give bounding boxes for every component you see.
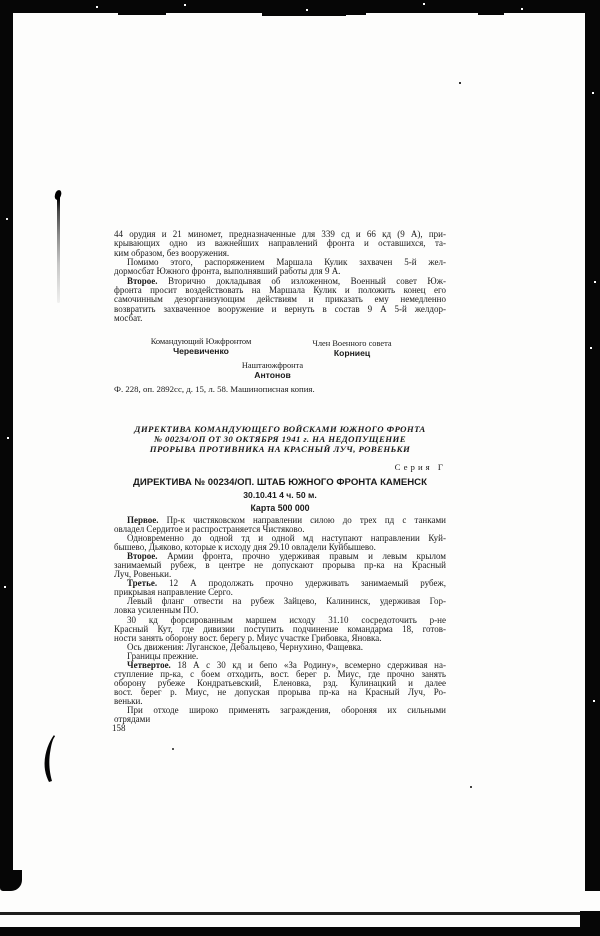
scan-border-bottom-right xyxy=(580,911,600,936)
scan-border-right xyxy=(585,0,600,891)
scan-noise-black xyxy=(0,0,2,2)
signature-title: Командующий Южфронтом xyxy=(136,337,266,346)
scanned-book-page: 44 орудия и 21 миномет, предназначенные … xyxy=(0,0,600,936)
signature-title: Наштаюжфронта xyxy=(225,361,320,370)
heading-line: ДИРЕКТИВА КОМАНДУЮЩЕГО ВОЙСКАМИ ЮЖНОГО Ф… xyxy=(114,424,446,434)
text-line: мосбат. xyxy=(114,314,446,323)
directive-body-text: Первое. Пр-к чистяковском направлении си… xyxy=(114,516,446,724)
directive-datetime: 30.10.41 4 ч. 50 м. xyxy=(114,490,446,500)
map-scale-line: Карта 500 000 xyxy=(114,503,446,513)
scan-border-left xyxy=(0,0,13,878)
directive-header-line: ДИРЕКТИВА № 00234/ОП. ШТАБ ЮЖНОГО ФРОНТА… xyxy=(114,477,446,488)
signature-name: Антонов xyxy=(225,371,320,380)
scan-border-foot xyxy=(0,870,22,891)
heading-line: ПРОРЫВА ПРОТИВНИКА НА КРАСНЫЙ ЛУЧ, РОВЕН… xyxy=(114,444,446,454)
signature-council-member: Член Военного совета Корниец xyxy=(293,339,411,358)
scan-edge-noise xyxy=(334,13,366,15)
series-label: Серия Г xyxy=(114,462,446,472)
scan-edge-noise xyxy=(478,13,504,15)
signature-title: Член Военного совета xyxy=(293,339,411,348)
scan-border-top xyxy=(0,0,600,13)
signature-name: Корниец xyxy=(293,349,411,358)
ink-streak-artifact xyxy=(57,191,60,303)
signature-chief-of-staff: Наштаюжфронта Антонов xyxy=(225,361,320,380)
heading-line: № 00234/ОП ОТ 30 ОКТЯБРЯ 1941 г. НА НЕДО… xyxy=(114,434,446,444)
ink-blot-artifact xyxy=(40,734,60,784)
document-fragment-text: 44 орудия и 21 миномет, предназначенные … xyxy=(114,230,446,323)
text-line: вост. берег р. Миус, не допуская прорыва… xyxy=(114,688,446,697)
scan-bottom-shadow-line xyxy=(0,912,584,915)
archive-reference: Ф. 228, оп. 2892сс, д. 15, л. 58. Машино… xyxy=(114,384,315,394)
scan-border-bottom xyxy=(0,927,600,936)
directive-heading: ДИРЕКТИВА КОМАНДУЮЩЕГО ВОЙСКАМИ ЮЖНОГО Ф… xyxy=(114,424,446,454)
text-line: При отходе широко применять заграждения,… xyxy=(114,706,446,715)
text-line: возвратить захваченное вооружение и верн… xyxy=(114,305,446,314)
scan-edge-noise xyxy=(118,13,166,15)
signature-name: Черевиченко xyxy=(136,347,266,356)
page-number: 158 xyxy=(112,723,126,733)
signature-commander: Командующий Южфронтом Черевиченко xyxy=(136,337,266,356)
text-line: отрядами xyxy=(114,715,446,724)
